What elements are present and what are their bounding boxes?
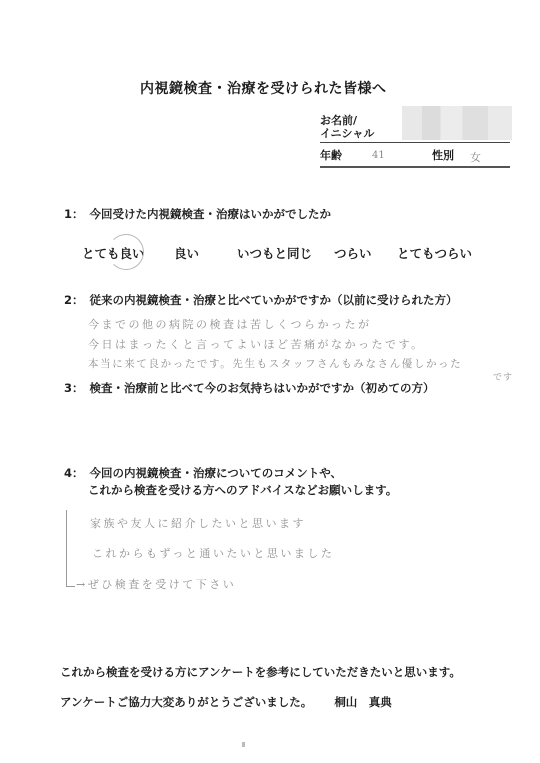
question-2-number: 2： (64, 293, 84, 307)
name-redaction (402, 106, 512, 140)
question-2-answer-line-2: 今日はまったくと言ってよいほど苦痛がなかったです。 (88, 336, 425, 352)
question-2-answer-line-3: 本当に来て良かったです。先生もスタッフさんもみなさん優しかった (88, 356, 462, 371)
question-4-answer-line-3: →ぜひ検査を受けて下さい (76, 576, 236, 592)
respondent-info: お名前/ イニシャル 年齢 41 性別 女 (320, 112, 510, 168)
question-4-text-line-2: これから検査を受ける方へのアドバイスなどお願いします。 (88, 482, 397, 498)
option-good[interactable]: 良い (174, 244, 199, 262)
question-1-text: 今回受けた内視鏡検査・治療はいかがでしたか (90, 207, 332, 221)
name-label-line2: イニシャル (320, 127, 374, 140)
question-2-answer-line-4: です (493, 370, 513, 383)
handwritten-bracket-arrow (66, 510, 75, 587)
question-3-number: 3： (64, 381, 84, 395)
question-2-answer-line-1: 今までの他の病院の検査は苦しくつらかったが (88, 316, 372, 332)
question-2-text: 従来の内視鏡検査・治療と比べていかがですか（以前に受けられた方） (90, 293, 458, 307)
question-4-answer-line-2: これからもずっと通いたいと思いました (92, 545, 334, 561)
question-4-text-line-1: 今回の内視鏡検査・治療についてのコメントや、 (90, 466, 343, 480)
signature: 桐山 真典 (334, 695, 392, 709)
question-3-text: 検査・治療前と比べて今のお気持ちはいかがですか（初めての方） (90, 381, 435, 395)
question-3: 3：検査・治療前と比べて今のお気持ちはいかがですか（初めての方） (64, 380, 435, 396)
option-very-good[interactable]: とても良い (82, 244, 145, 262)
footer-note: これから検査を受ける方にアンケートを参考にしていただきたいと思います。 (60, 664, 461, 680)
sex-label: 性別 (432, 149, 454, 162)
age-label: 年齢 (320, 149, 342, 162)
option-same-as-usual[interactable]: いつもと同じ (237, 244, 312, 262)
document-title: 内視鏡検査・治療を受けられた皆様へ (140, 78, 387, 98)
question-2: 2：従来の内視鏡検査・治療と比べていかがですか（以前に受けられた方） (64, 292, 458, 308)
option-painful[interactable]: つらい (334, 244, 372, 262)
age-value: 41 (372, 150, 385, 161)
option-very-painful[interactable]: とてもつらい (397, 244, 472, 262)
name-label-line1: お名前/ (320, 114, 374, 127)
age-sex-row: 年齢 41 性別 女 (320, 144, 510, 168)
name-label: お名前/ イニシャル (320, 114, 374, 140)
question-4-answer-line-1: 家族や友人に紹介したいと思います (90, 515, 306, 531)
sex-value: 女 (470, 149, 481, 165)
question-1-number: 1： (64, 207, 84, 221)
question-4-number: 4： (64, 466, 84, 480)
question-1: 1：今回受けた内視鏡検査・治療はいかがでしたか (64, 206, 331, 222)
scan-speck (242, 742, 245, 747)
name-field: お名前/ イニシャル (320, 112, 510, 143)
footer-thanks-text: アンケートご協力大変ありがとうございました。 (60, 695, 312, 709)
question-4: 4：今回の内視鏡検査・治療についてのコメントや、 (64, 465, 342, 481)
footer-thanks: アンケートご協力大変ありがとうございました。桐山 真典 (60, 694, 392, 710)
